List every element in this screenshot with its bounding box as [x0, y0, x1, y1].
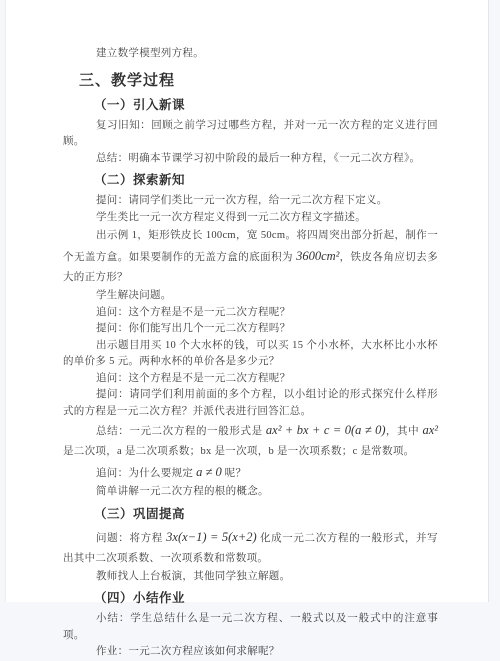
math-expression: 3x(x−1) = 5(x+2) — [166, 530, 257, 544]
text-run: 呢？ — [222, 468, 247, 479]
math-expression: a ≠ 0 — [196, 465, 222, 479]
text-run: 简单讲解一元二次方程的根的概念。 — [96, 486, 269, 497]
text-run: 教师找人上台板演，其他同学独立解题。 — [96, 571, 290, 582]
text-run: 提问：请同学们利用前面的多个方程，以小组讨论的形式探究什么样形式的方程是一元二次… — [63, 389, 438, 417]
text-run: 出示题目用买 10 个大水杯的钱，可以买 15 个小水杯，大水杯比小水杯的单价多… — [63, 340, 438, 368]
paragraph: 问题：将方程 3x(x−1) = 5(x+2) 化成一元二次方程的一般形式，并写… — [63, 527, 438, 569]
text-run: ，其中 — [386, 426, 423, 437]
text-run: 是二次项，a 是二次项系数；bx 是一次项，b 是一次项系数；c 是常数项。 — [63, 446, 414, 457]
paragraph: 追问：这个方程是不是一元二次方程呢？ — [63, 305, 438, 322]
section-heading-1: （一）引入新课 — [63, 97, 438, 114]
section-heading-4: （四）小结作业 — [63, 590, 438, 602]
math-expression: 3600cm² — [296, 249, 339, 263]
paragraph: 复习旧知：回顾之前学习过哪些方程，并对一元一次方程的定义进行回顾。 — [63, 118, 438, 151]
paragraph: 提问：请同学们利用前面的多个方程，以小组讨论的形式探究什么样形式的方程是一元二次… — [63, 387, 438, 420]
paragraph: 出示例 1，矩形铁皮长 100cm，宽 50cm。将四周突出部分折起，制作一个无… — [63, 226, 438, 288]
text-run: 追问：为什么要规定 — [96, 468, 196, 479]
paragraph: 教师找人上台板演，其他同学独立解题。 — [63, 569, 438, 586]
paragraph: 提问：请同学们类比一元一次方程，给一元二次方程下定义。 — [63, 193, 438, 210]
paragraph: 学生解决问题。 — [63, 288, 438, 305]
math-expression: ax² + bx + c = 0(a ≠ 0) — [266, 423, 386, 437]
section-heading-3: （三）巩固提高 — [63, 506, 438, 523]
text-run: 学生类比一元一次方程定义得到一元二次方程文字描述。 — [96, 212, 366, 223]
paragraph: 追问：为什么要规定 a ≠ 0 呢？ — [63, 462, 438, 484]
paragraph: 提问：你们能写出几个一元二次方程吗？ — [63, 321, 438, 338]
paragraph: 学生类比一元一次方程定义得到一元二次方程文字描述。 — [63, 210, 438, 227]
paragraph: 总结：明确本节课学习初中阶段的最后一种方程，《一元二次方程》。 — [63, 151, 438, 168]
paragraph: 追问：这个方程是不是一元二次方程呢？ — [63, 371, 438, 388]
document-content: （一）引入新课复习旧知：回顾之前学习过哪些方程，并对一元一次方程的定义进行回顾。… — [63, 97, 438, 603]
main-heading: 三、教学过程 — [63, 71, 438, 91]
text-run: 追问：这个方程是不是一元二次方程呢？ — [96, 307, 290, 318]
text-run: 提问：你们能写出几个一元二次方程吗？ — [96, 323, 290, 334]
text-run: 提问：请同学们类比一元一次方程，给一元二次方程下定义。 — [96, 195, 388, 206]
section-heading-2: （二）探索新知 — [63, 172, 438, 189]
text-run: 总结：一元二次方程的一般形式是 — [96, 426, 266, 437]
text-run: 复习旧知：回顾之前学习过哪些方程，并对一元一次方程的定义进行回顾。 — [63, 120, 438, 148]
paragraph: 简单讲解一元二次方程的根的概念。 — [63, 484, 438, 501]
text-run: 总结：明确本节课学习初中阶段的最后一种方程，《一元二次方程》。 — [96, 153, 420, 164]
document-page: 建立数学模型列方程。 三、教学过程 （一）引入新课复习旧知：回顾之前学习过哪些方… — [5, 0, 489, 602]
paragraph: 总结：一元二次方程的一般形式是 ax² + bx + c = 0(a ≠ 0)，… — [63, 420, 438, 462]
paragraph: 出示题目用买 10 个大水杯的钱，可以买 15 个小水杯，大水杯比小水杯的单价多… — [63, 338, 438, 371]
intro-paragraph: 建立数学模型列方程。 — [63, 46, 438, 63]
text-run: 学生解决问题。 — [96, 290, 172, 301]
math-expression: ax² — [422, 423, 438, 437]
text-run: 问题：将方程 — [96, 533, 166, 544]
text-run: 追问：这个方程是不是一元二次方程呢？ — [96, 373, 290, 384]
